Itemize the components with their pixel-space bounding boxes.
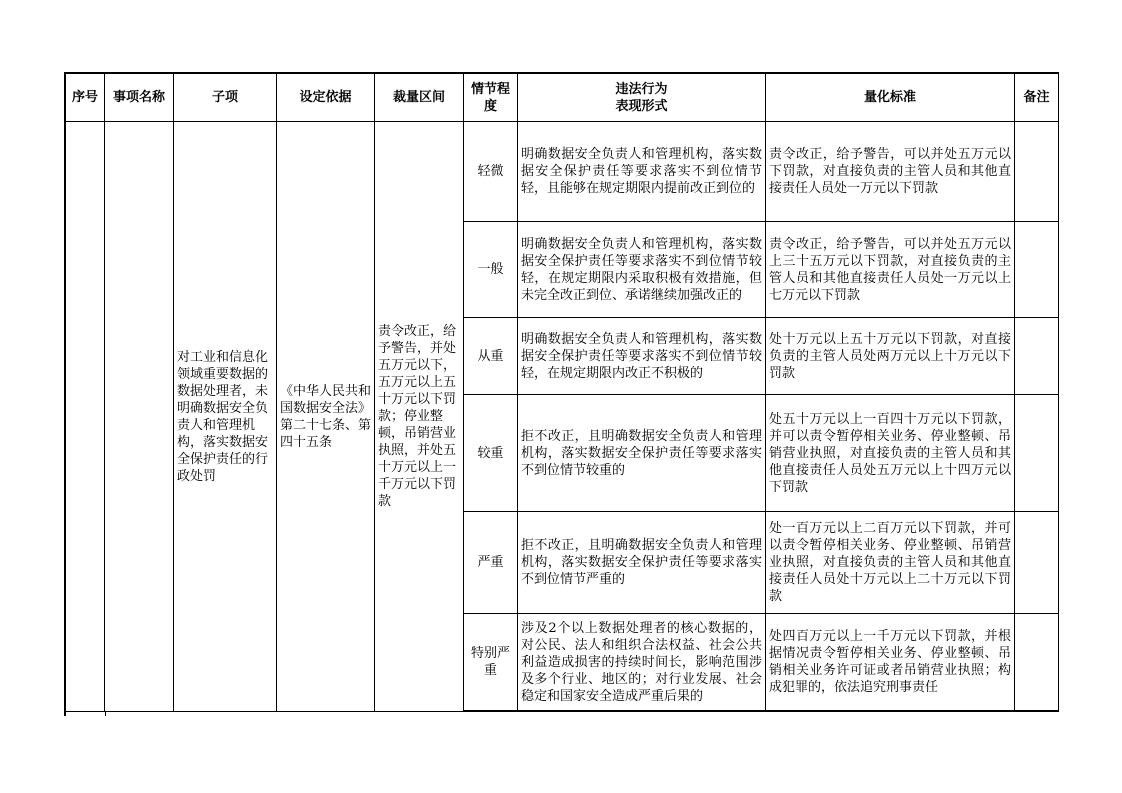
cell-severity: 特别严重: [464, 614, 518, 712]
cell-sub-item: 对工业和信息化领域重要数据的数据处理者，未明确数据安全负责人和管理机构，落实数据…: [174, 122, 277, 712]
penalty-discretion-table: 序号 事项名称 子项 设定依据 裁量区间 情节程度 违法行为 表现形式 量化标准…: [64, 72, 1059, 712]
col-header-item-name: 事项名称: [105, 74, 174, 122]
cell-item-name: [105, 122, 174, 712]
col-header-seq-no: 序号: [66, 74, 105, 122]
continuation-border-stub: [105, 712, 106, 716]
cell-remark: [1015, 614, 1059, 712]
continuation-border-stub: [64, 712, 66, 716]
col-header-remark: 备注: [1015, 74, 1059, 122]
cell-standard: 处四百万元以上一千万元以下罚款，并根据情况责令暂停相关业务、停业整顿、吊销相关业…: [766, 614, 1015, 712]
cell-severity: 较重: [464, 395, 518, 512]
cell-standard: 处一百万元以上二百万元以下罚款，并可以责令暂停相关业务、停业整顿、吊销营业执照，…: [766, 512, 1015, 614]
cell-behavior: 涉及2个以上数据处理者的核心数据的，对公民、法人和组织合法权益、社会公共利益造成…: [518, 614, 766, 712]
cell-standard: 处五十万元以上一百四十万元以下罚款，并可以责令暂停相关业务、停业整顿、吊销营业执…: [766, 395, 1015, 512]
cell-behavior: 明确数据安全负责人和管理机构，落实数据安全保护责任等要求落实不到位情节轻，且能够…: [518, 122, 766, 222]
cell-behavior: 拒不改正，且明确数据安全负责人和管理机构，落实数据安全保护责任等要求落实不到位情…: [518, 395, 766, 512]
cell-behavior: 拒不改正，且明确数据安全负责人和管理机构，落实数据安全保护责任等要求落实不到位情…: [518, 512, 766, 614]
header-row: 序号 事项名称 子项 设定依据 裁量区间 情节程度 违法行为 表现形式 量化标准…: [66, 74, 1059, 122]
cell-standard: 责令改正，给予警告，可以并处五万元以上三十五万元以下罚款，对直接负责的主管人员和…: [766, 222, 1015, 318]
cell-discretion-range: 责令改正，给予警告，并处五万元以下，五万元以上五十万元以下罚款；停业整顿，吊销营…: [375, 122, 464, 712]
cell-severity: 轻微: [464, 122, 518, 222]
cell-remark: [1015, 318, 1059, 395]
col-header-standard: 量化标准: [766, 74, 1015, 122]
cell-severity: 严重: [464, 512, 518, 614]
cell-severity: 从重: [464, 318, 518, 395]
col-header-legal-basis: 设定依据: [277, 74, 375, 122]
cell-standard: 责令改正，给予警告，可以并处五万元以下罚款，对直接负责的主管人员和其他直接责任人…: [766, 122, 1015, 222]
col-header-behavior: 违法行为 表现形式: [518, 74, 766, 122]
document-page: 序号 事项名称 子项 设定依据 裁量区间 情节程度 违法行为 表现形式 量化标准…: [0, 0, 1122, 793]
cell-severity: 一般: [464, 222, 518, 318]
cell-remark: [1015, 122, 1059, 222]
col-header-discretion-range: 裁量区间: [375, 74, 464, 122]
cell-behavior: 明确数据安全负责人和管理机构，落实数据安全保护责任等要求落实不到位情节较轻，在规…: [518, 222, 766, 318]
cell-behavior: 明确数据安全负责人和管理机构，落实数据安全保护责任等要求落实不到位情节较轻，在规…: [518, 318, 766, 395]
cell-legal-basis: 《中华人民共和国数据安全法》第二十七条、第四十五条: [277, 122, 375, 712]
cell-remark: [1015, 222, 1059, 318]
col-header-severity: 情节程度: [464, 74, 518, 122]
cell-remark: [1015, 395, 1059, 512]
cell-remark: [1015, 512, 1059, 614]
col-header-sub-item: 子项: [174, 74, 277, 122]
cell-standard: 处十万元以上五十万元以下罚款，对直接负责的主管人员处两万元以上十万元以下罚款: [766, 318, 1015, 395]
penalty-discretion-table-wrap: 序号 事项名称 子项 设定依据 裁量区间 情节程度 违法行为 表现形式 量化标准…: [64, 72, 1059, 712]
cell-seq-no: [66, 122, 105, 712]
table-row: 对工业和信息化领域重要数据的数据处理者，未明确数据安全负责人和管理机构，落实数据…: [66, 122, 1059, 222]
